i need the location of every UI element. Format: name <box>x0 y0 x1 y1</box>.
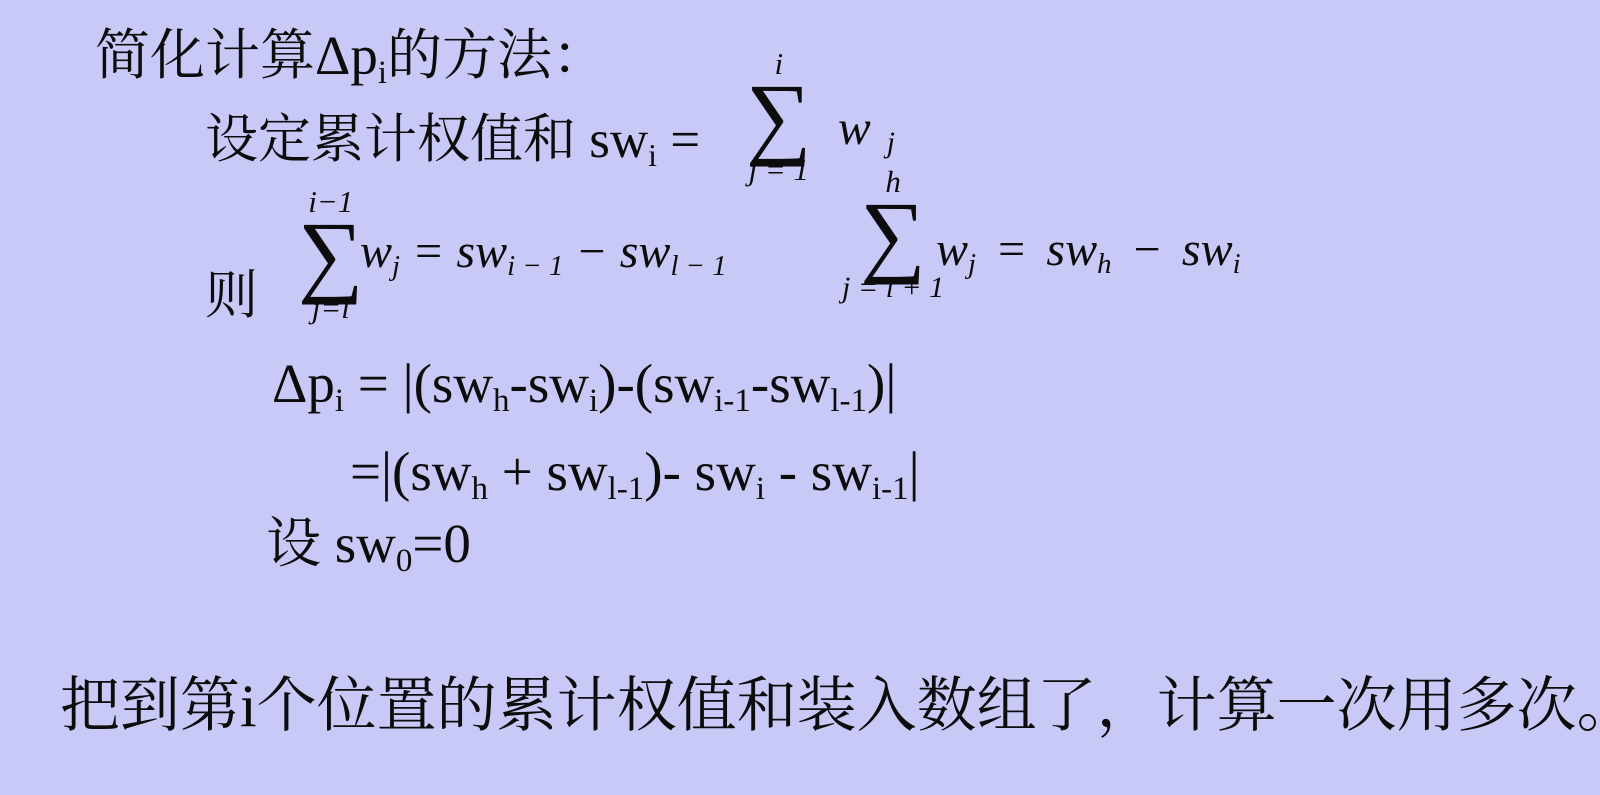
footer-note: 把到第i个位置的累计权值和装入数组了，计算一次用多次。 <box>60 672 1600 741</box>
eq-subscript: h <box>471 471 488 507</box>
eq-text: = sw <box>976 223 1097 276</box>
sigma-symbol: ∑ <box>860 199 926 272</box>
eq-text: -sw <box>751 353 830 414</box>
slide-title: 简化计算Δpi的方法： <box>95 24 607 93</box>
eq-text: )- sw <box>644 441 756 502</box>
eq-subscript: i <box>1233 248 1241 280</box>
eq-subscript: 0 <box>396 543 413 579</box>
formula-delta-p-simplified: =|(swh + swl-1)- swi - swi-1| <box>350 440 920 509</box>
eq-text: )-(sw <box>598 353 714 414</box>
summation-lower-limit: j = 1 <box>749 154 810 187</box>
eq-text: 设 sw <box>266 513 396 574</box>
eq-subscript: i <box>756 471 765 507</box>
eq-subscript: j <box>968 248 976 280</box>
title-text-end: 的方法： <box>387 25 607 86</box>
formula-def-label: 设定累计权值和 swi = <box>205 110 700 174</box>
eq-text: − sw <box>1112 223 1233 276</box>
eq-text: w <box>936 223 968 276</box>
eq-text: Δp <box>272 353 335 414</box>
w-term-subscript: j <box>887 127 895 159</box>
eq-text: − sw <box>563 225 670 278</box>
formula-right-range: wj = swh − swi <box>936 222 1241 281</box>
eq-subscript: i <box>335 383 344 419</box>
eq-text: | <box>909 441 920 502</box>
summation-right-range: h ∑ j = i + 1 <box>842 166 944 303</box>
eq-text: =0 <box>412 513 471 574</box>
eq-text: = |(sw <box>344 353 493 414</box>
eq-text: -sw <box>510 353 589 414</box>
slide: 简化计算Δpi的方法： 设定累计权值和 swi = i ∑ j = 1 wj 则… <box>0 0 1600 795</box>
eq-subscript: j <box>392 250 400 282</box>
title-text: 简化计算Δp <box>95 25 378 86</box>
eq-subscript: i-1 <box>714 383 751 419</box>
eq-subscript: i − 1 <box>507 250 563 282</box>
w-term: w <box>838 100 871 155</box>
formula-left-range: wj = swi − 1 − swl − 1 <box>360 224 727 283</box>
title-subscript: i <box>378 55 387 91</box>
eq-text: )| <box>867 353 896 414</box>
eq-subscript: i-1 <box>872 471 909 507</box>
eq-text: w <box>360 225 392 278</box>
eq-text: = sw <box>400 225 507 278</box>
eq-subscript: l-1 <box>608 471 645 507</box>
eq-subscript: h <box>493 383 510 419</box>
summation-def: i ∑ j = 1 <box>746 48 812 186</box>
sigma-symbol: ∑ <box>298 219 364 292</box>
eq-subscript: l − 1 <box>670 250 726 282</box>
formula-def-term: wj <box>838 100 895 161</box>
summation-lower-limit: j=l <box>312 292 350 325</box>
formula-delta-p: Δpi = |(swh-swi)-(swi-1-swl-1)| <box>272 352 896 421</box>
summation-lower-limit: j = i + 1 <box>842 272 944 304</box>
then-label: 则 <box>205 266 258 327</box>
eq-subscript: h <box>1097 248 1111 280</box>
eq-text: - sw <box>765 441 872 502</box>
eq-text: =|(sw <box>350 441 471 502</box>
summation-left-range: i−1 ∑ j=l <box>298 186 364 324</box>
def-sw-subscript: i <box>648 138 657 173</box>
def-label-text: 设定累计权值和 sw <box>205 111 648 169</box>
def-equals: = <box>657 111 700 169</box>
eq-subscript: l-1 <box>830 383 867 419</box>
formula-sw0: 设 sw0=0 <box>266 512 471 581</box>
sigma-symbol: ∑ <box>746 81 812 154</box>
eq-text: + sw <box>488 441 608 502</box>
eq-subscript: i <box>589 383 598 419</box>
